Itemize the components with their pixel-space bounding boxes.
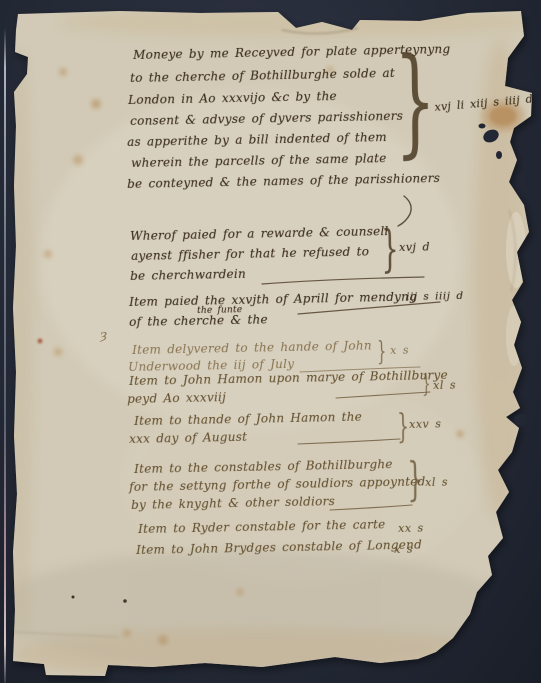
brace-mark: } [394, 41, 436, 160]
interlinear-insertion: the funte [197, 305, 242, 316]
brace-mark: } [407, 455, 424, 502]
amount-text: x s [394, 543, 413, 556]
manuscript-line: Item to the constables of Bothillburghe [134, 457, 393, 476]
amount-text: x s [390, 344, 409, 357]
manuscript-line: Item to thande of John Hamon the [134, 410, 362, 428]
manuscript-line: peyd Ao xxxviij [127, 390, 226, 406]
manuscript-line: ayenst ffisher for that he refused to [131, 244, 369, 263]
manuscript-line: London in Ao xxxvijo &c by the [128, 89, 337, 107]
manuscript-line: wherein the parcells of the same plate [131, 151, 387, 170]
manuscript-line: Item to John Brydges constable of Longen… [136, 538, 422, 557]
amount-text: xl s [425, 476, 448, 489]
manuscript-line: be conteyned & the names of the parisshi… [127, 171, 440, 191]
manuscript-photo: Moneye by me Receyved for plate appertey… [0, 0, 541, 683]
manuscript-line: xxx day of August [129, 430, 247, 446]
brace-mark: } [381, 223, 399, 274]
manuscript-line: be cherchwardein [130, 267, 246, 283]
manuscript-line: Item to Ryder constable for the carte [138, 517, 386, 536]
handwriting-layer: Moneye by me Receyved for plate appertey… [0, 0, 541, 683]
brace-mark: } [422, 372, 431, 396]
amount-text: xxv s [409, 417, 442, 431]
amount-text: xvj d [399, 240, 430, 254]
manuscript-line: to the cherche of Bothillburghe solde at [130, 66, 395, 85]
amount-text: iij s iiij d [406, 290, 464, 303]
margin-annotation: xvj li xiij s iiij d [434, 92, 533, 114]
manuscript-line: as apperithe by a bill indented of them [127, 130, 387, 149]
manuscript-line: consent & advyse of dyvers parisshioners [130, 109, 403, 128]
manuscript-line: Item paied the xxvjth of Aprill for mend… [129, 289, 417, 309]
brace-mark: } [397, 410, 409, 444]
margin-mark: ȝ [100, 328, 107, 343]
amount-text: xx s [398, 522, 424, 535]
brace-mark: } [377, 339, 386, 365]
amount-text: xl s [433, 379, 456, 392]
manuscript-line: Item delyvered to the hande of John [132, 338, 372, 357]
manuscript-line: by the knyght & other soldiors [131, 494, 335, 512]
manuscript-line: for the settyng forthe of souldiors appo… [129, 474, 426, 494]
manuscript-line: Wherof paied for a rewarde & counsell [130, 224, 389, 243]
